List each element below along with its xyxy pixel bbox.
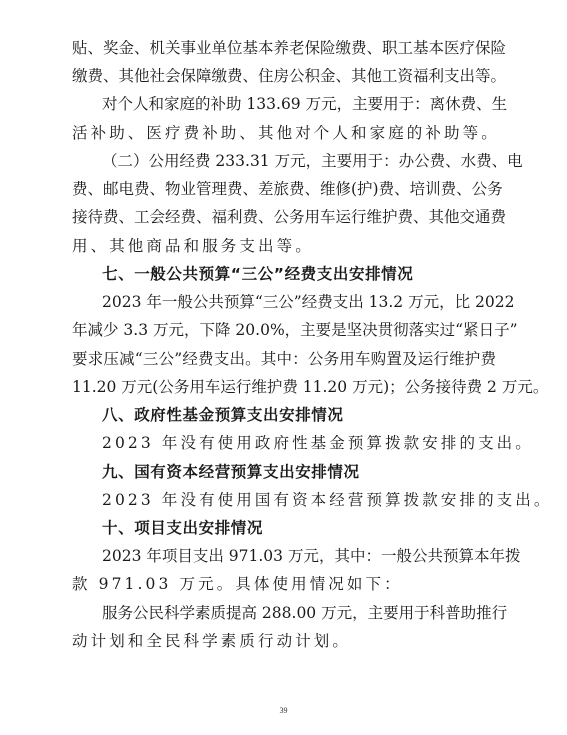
section-heading-eight: 八、政府性基金预算支出安排情况	[72, 401, 496, 429]
body-line: 11.20 万元(公务用车运行维护费 11.20 万元)；公务接待费 2 万元。	[72, 373, 496, 401]
page-number: 39	[0, 706, 567, 715]
section-heading-ten: 十、项目支出安排情况	[72, 514, 496, 542]
body-line: 接待费、工会经费、福利费、公务用车运行维护费、其他交通费	[72, 203, 496, 231]
body-line: 年减少 3.3 万元，下降 20.0%，主要是坚决贯彻落实过“紧日子”	[72, 316, 496, 344]
document-body: 贴、奖金、机关事业单位基本养老保险缴费、职工基本医疗保险 缴费、其他社会保障缴费…	[72, 34, 496, 655]
section-heading-nine: 九、国有资本经营预算支出安排情况	[72, 458, 496, 486]
body-line: 用、其他商品和服务支出等。	[72, 232, 496, 260]
body-line: 2023 年没有使用国有资本经营预算拨款安排的支出。	[72, 486, 496, 514]
body-line: 要求压减“三公”经费支出。其中：公务用车购置及运行维护费	[72, 345, 496, 373]
body-line: 贴、奖金、机关事业单位基本养老保险缴费、职工基本医疗保险	[72, 34, 496, 62]
body-line: 款 971.03 万元。具体使用情况如下：	[72, 570, 496, 598]
body-line: 2023 年没有使用政府性基金预算拨款安排的支出。	[72, 429, 496, 457]
body-line: 费、邮电费、物业管理费、差旅费、维修(护)费、培训费、公务	[72, 175, 496, 203]
body-line: 服务公民科学素质提高 288.00 万元，主要用于科普助推行	[72, 599, 496, 627]
body-line: 2023 年项目支出 971.03 万元，其中：一般公共预算本年拨	[72, 542, 496, 570]
body-line: （二）公用经费 233.31 万元，主要用于：办公费、水费、电	[72, 147, 496, 175]
body-line: 缴费、其他社会保障缴费、住房公积金、其他工资福利支出等。	[72, 62, 496, 90]
section-heading-seven: 七、一般公共预算“三公”经费支出安排情况	[72, 260, 496, 288]
body-line: 对个人和家庭的补助 133.69 万元，主要用于：离休费、生	[72, 90, 496, 118]
document-page: 贴、奖金、机关事业单位基本养老保险缴费、职工基本医疗保险 缴费、其他社会保障缴费…	[0, 0, 567, 735]
body-line: 动计划和全民科学素质行动计划。	[72, 627, 496, 655]
body-line: 2023 年一般公共预算“三公”经费支出 13.2 万元，比 2022	[72, 288, 496, 316]
body-line: 活补助、医疗费补助、其他对个人和家庭的补助等。	[72, 119, 496, 147]
